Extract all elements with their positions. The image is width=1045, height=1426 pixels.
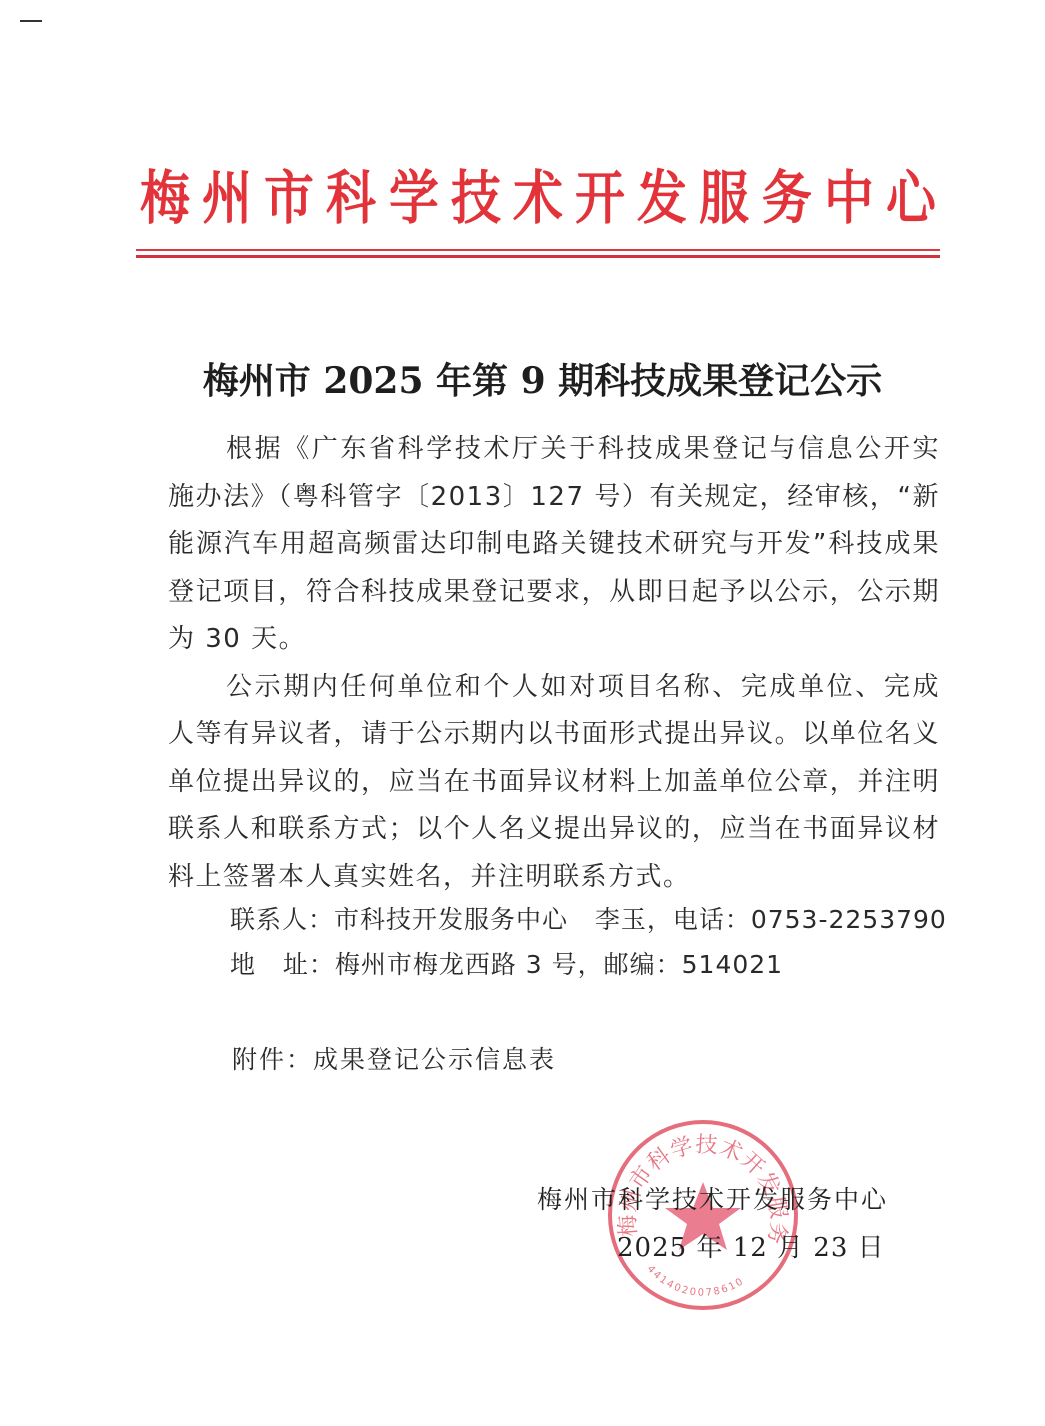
letterhead-char: 服 [699, 158, 749, 238]
letterhead-char: 中 [824, 158, 874, 238]
letterhead-char: 术 [513, 158, 563, 238]
letterhead-char: 心 [886, 158, 936, 238]
letterhead-char: 务 [762, 158, 812, 238]
letterhead-char: 技 [451, 158, 501, 238]
seal-serial-number: 4414020078610 [645, 1264, 747, 1299]
letterhead-rule-thick [136, 255, 940, 258]
letterhead-organization-name: 梅州市科学技术开发服务中心 [136, 158, 940, 238]
letterhead-char: 市 [264, 158, 314, 238]
paragraph-basis: 根据《广东省科学技术厅关于科技成果登记与信息公开实施办法》（粤科管字〔2013〕… [168, 426, 940, 664]
letterhead-char: 学 [389, 158, 439, 238]
signature-date: 2025 年 12 月 23 日 [617, 1228, 885, 1268]
letterhead-char: 发 [637, 158, 687, 238]
contact-address-line: 地 址：梅州市梅龙西路 3 号，邮编：514021 [230, 945, 783, 985]
letterhead-rule-thin [136, 249, 940, 251]
attachment-note: 附件：成果登记公示信息表 [232, 1040, 556, 1080]
scan-corner-mark [20, 20, 42, 22]
signature-organization: 梅州市科学技术开发服务中心 [537, 1180, 888, 1220]
svg-text:4414020078610: 4414020078610 [645, 1264, 747, 1299]
document-title: 梅州市 2025 年第 9 期科技成果登记公示 [0, 354, 1045, 408]
letterhead-char: 州 [202, 158, 252, 238]
letterhead-char: 科 [327, 158, 377, 238]
document-body: 根据《广东省科学技术厅关于科技成果登记与信息公开实施办法》（粤科管字〔2013〕… [168, 426, 940, 901]
contact-person-line: 联系人：市科技开发服务中心 李玉，电话：0753-2253790 [230, 900, 947, 940]
letterhead-char: 梅 [140, 158, 190, 238]
letterhead-char: 开 [575, 158, 625, 238]
paragraph-objection: 公示期内任何单位和个人如对项目名称、完成单位、完成人等有异议者，请于公示期内以书… [168, 664, 940, 902]
